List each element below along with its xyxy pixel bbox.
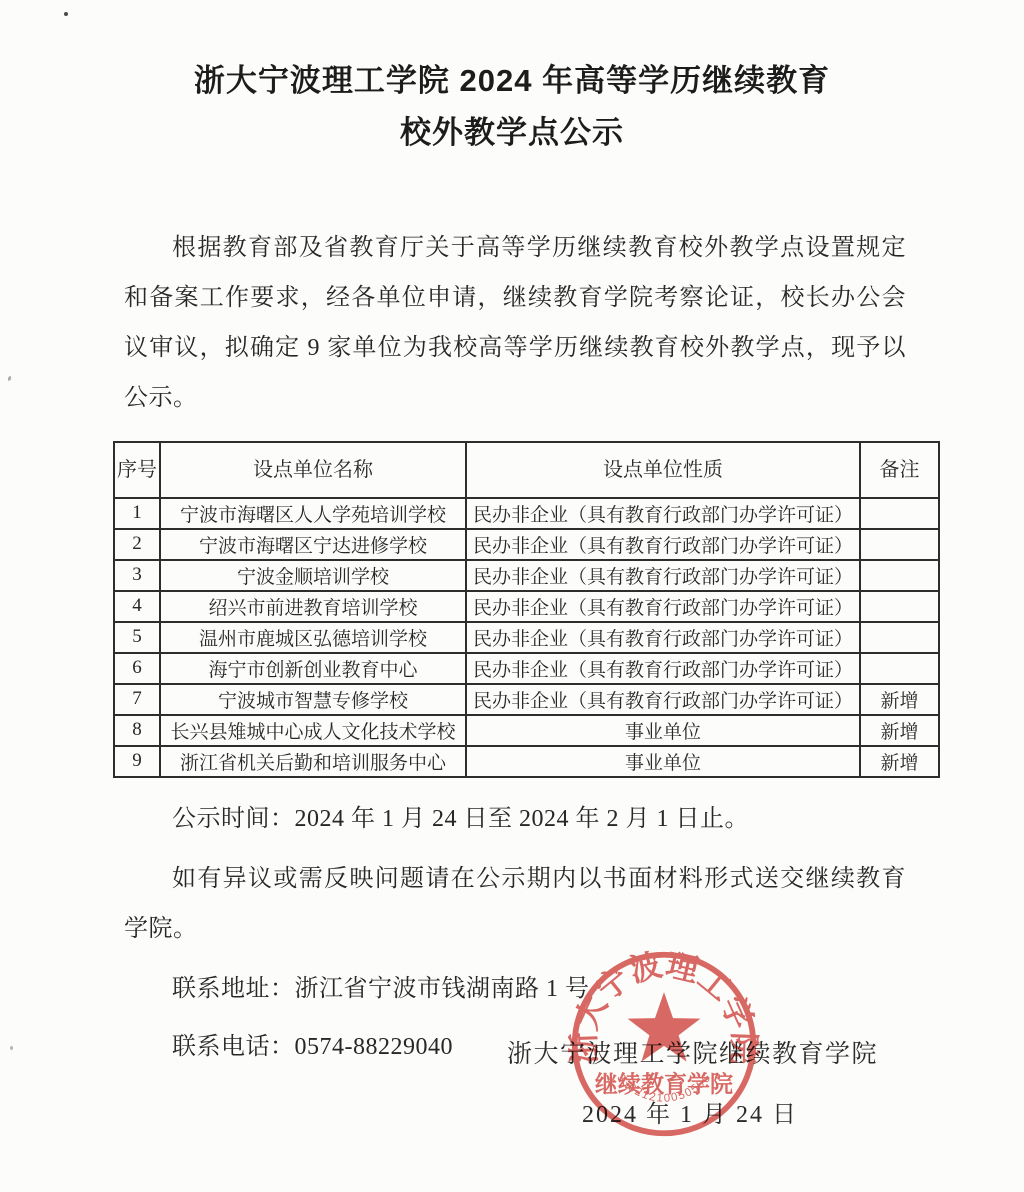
cell-index: 9 xyxy=(114,746,160,777)
table-row: 2 宁波市海曙区宁达进修学校 民办非企业（具有教育行政部门办学许可证） xyxy=(114,529,939,560)
cell-nature: 民办非企业（具有教育行政部门办学许可证） xyxy=(466,653,860,684)
table-row: 9 浙江省机关后勤和培训服务中心 事业单位 新增 xyxy=(114,746,939,777)
table-row: 1 宁波市海曙区人人学苑培训学校 民办非企业（具有教育行政部门办学许可证） xyxy=(114,498,939,529)
table-row: 8 长兴县雉城中心成人文化技术学校 事业单位 新增 xyxy=(114,715,939,746)
header-序号: 序号 xyxy=(114,442,160,498)
cell-name: 宁波市海曙区人人学苑培训学校 xyxy=(160,498,466,529)
cell-index: 1 xyxy=(114,498,160,529)
header-设点单位性质: 设点单位性质 xyxy=(466,442,860,498)
cell-remark xyxy=(860,591,939,622)
table-row: 7 宁波城市智慧专修学校 民办非企业（具有教育行政部门办学许可证） 新增 xyxy=(114,684,939,715)
cell-index: 6 xyxy=(114,653,160,684)
cell-remark xyxy=(860,529,939,560)
table-body: 1 宁波市海曙区人人学苑培训学校 民办非企业（具有教育行政部门办学许可证） 2 … xyxy=(114,498,939,777)
cell-name: 宁波金顺培训学校 xyxy=(160,560,466,591)
cell-index: 5 xyxy=(114,622,160,653)
cell-index: 3 xyxy=(114,560,160,591)
table-row: 4 绍兴市前进教育培训学校 民办非企业（具有教育行政部门办学许可证） xyxy=(114,591,939,622)
page-title-line2: 校外教学点公示 xyxy=(0,107,1024,159)
table-row: 3 宁波金顺培训学校 民办非企业（具有教育行政部门办学许可证） xyxy=(114,560,939,591)
signature-line: 浙大宁波理工学院继续教育学院 xyxy=(507,1034,878,1070)
cell-nature: 事业单位 xyxy=(466,746,860,777)
contact-address: 联系地址：浙江省宁波市钱湖南路 1 号 xyxy=(124,964,906,1014)
cell-remark: 新增 xyxy=(860,715,939,746)
cell-name: 海宁市创新创业教育中心 xyxy=(160,653,466,684)
cell-name: 浙江省机关后勤和培训服务中心 xyxy=(160,746,466,777)
table-header: 序号 设点单位名称 设点单位性质 备注 xyxy=(114,442,939,498)
cell-nature: 民办非企业（具有教育行政部门办学许可证） xyxy=(466,529,860,560)
cell-nature: 事业单位 xyxy=(466,715,860,746)
scan-artifact-mark xyxy=(7,376,12,382)
cell-name: 宁波市海曙区宁达进修学校 xyxy=(160,529,466,560)
scan-artifact-dot xyxy=(64,12,68,16)
intro-paragraph: 根据教育部及省教育厅关于高等学历继续教育校外教学点设置规定和备案工作要求，经各单… xyxy=(124,223,906,423)
signature-date: 2024 年 1 月 24 日 xyxy=(582,1094,798,1129)
page-title-line1: 浙大宁波理工学院 2024 年高等学历继续教育 xyxy=(0,55,1024,107)
cell-name: 绍兴市前进教育培训学校 xyxy=(160,591,466,622)
cell-remark xyxy=(860,622,939,653)
header-设点单位名称: 设点单位名称 xyxy=(160,442,466,498)
table-row: 6 海宁市创新创业教育中心 民办非企业（具有教育行政部门办学许可证） xyxy=(114,653,939,684)
cell-remark xyxy=(860,498,939,529)
cell-index: 2 xyxy=(114,529,160,560)
cell-nature: 民办非企业（具有教育行政部门办学许可证） xyxy=(466,560,860,591)
cell-name: 温州市鹿城区弘德培训学校 xyxy=(160,622,466,653)
cell-nature: 民办非企业（具有教育行政部门办学许可证） xyxy=(466,622,860,653)
cell-remark: 新增 xyxy=(860,746,939,777)
cell-remark xyxy=(860,560,939,591)
cell-nature: 民办非企业（具有教育行政部门办学许可证） xyxy=(466,684,860,715)
cell-index: 8 xyxy=(114,715,160,746)
cell-name: 宁波城市智慧专修学校 xyxy=(160,684,466,715)
notice-document: 浙大宁波理工学院 2024 年高等学历继续教育 校外教学点公示 根据教育部及省教… xyxy=(0,0,1024,1192)
publicity-period: 公示时间：2024 年 1 月 24 日至 2024 年 2 月 1 日止。 xyxy=(124,794,906,844)
scan-artifact-mark xyxy=(10,1046,13,1050)
cell-remark: 新增 xyxy=(860,684,939,715)
header-备注: 备注 xyxy=(860,442,939,498)
cell-index: 7 xyxy=(114,684,160,715)
objection-note: 如有异议或需反映问题请在公示期内以书面材料形式送交继续教育学院。 xyxy=(124,854,906,954)
cell-nature: 民办非企业（具有教育行政部门办学许可证） xyxy=(466,498,860,529)
page-title: 浙大宁波理工学院 2024 年高等学历继续教育 校外教学点公示 xyxy=(0,21,1024,159)
cell-index: 4 xyxy=(114,591,160,622)
table-header-row: 序号 设点单位名称 设点单位性质 备注 xyxy=(114,442,939,498)
teaching-points-table: 序号 设点单位名称 设点单位性质 备注 1 宁波市海曙区人人学苑培训学校 民办非… xyxy=(113,441,940,778)
table-row: 5 温州市鹿城区弘德培训学校 民办非企业（具有教育行政部门办学许可证） xyxy=(114,622,939,653)
cell-name: 长兴县雉城中心成人文化技术学校 xyxy=(160,715,466,746)
cell-nature: 民办非企业（具有教育行政部门办学许可证） xyxy=(466,591,860,622)
cell-remark xyxy=(860,653,939,684)
